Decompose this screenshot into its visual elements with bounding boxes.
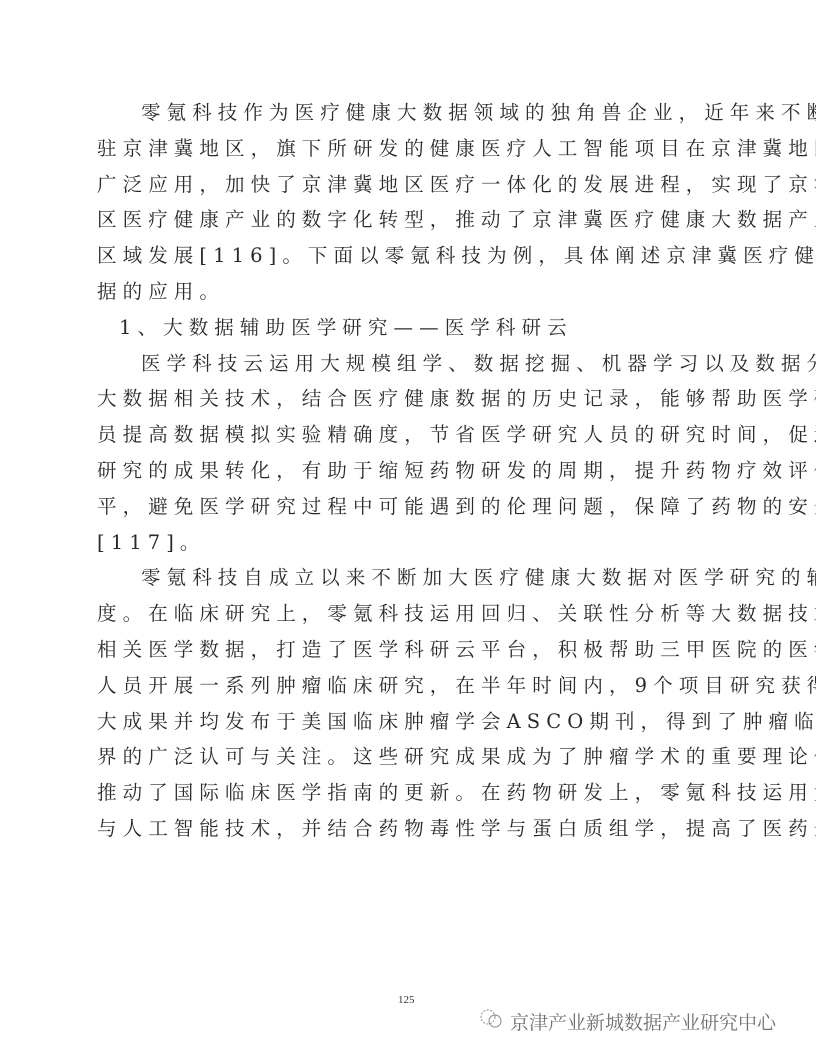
- paragraph-line: [117]。: [97, 525, 722, 561]
- paragraph-line: 研究的成果转化，有助于缩短药物研发的周期，提升药物疗效评价水: [97, 453, 722, 489]
- paragraph-line: 相关医学数据，打造了医学科研云平台，积极帮助三甲医院的医学研究: [97, 632, 722, 668]
- paragraph-line: 零氪科技作为医疗健康大数据领域的独角兽企业，近年来不断的入: [97, 95, 722, 131]
- paragraph-line: 据的应用。: [97, 274, 722, 310]
- page-number: 125: [398, 994, 415, 1006]
- paragraph-line: 驻京津冀地区，旗下所研发的健康医疗人工智能项目在京津冀地区得到: [97, 131, 722, 167]
- paragraph-line: 大数据相关技术，结合医疗健康数据的历史记录，能够帮助医学研究人: [97, 381, 722, 417]
- wechat-icon: [478, 1008, 504, 1035]
- paragraph-line: 区医疗健康产业的数字化转型，推动了京津冀医疗健康大数据产业的跨: [97, 202, 722, 238]
- paragraph-line: 零氪科技自成立以来不断加大医疗健康大数据对医学研究的辅助力: [97, 560, 722, 596]
- paragraph-line: 平，避免医学研究过程中可能遇到的伦理问题，保障了药物的安全性: [97, 489, 722, 525]
- paragraph-line: 广泛应用，加快了京津冀地区医疗一体化的发展进程，实现了京津冀地: [97, 167, 722, 203]
- paragraph-line: 区域发展[116]。下面以零氪科技为例，具体阐述京津冀医疗健康大数: [97, 238, 722, 274]
- paragraph-line: 医学科技云运用大规模组学、数据挖掘、机器学习以及数据分析等: [97, 346, 722, 382]
- paragraph-line: 人员开展一系列肿瘤临床研究，在半年时间内，9个项目研究获得了重: [97, 668, 722, 704]
- paragraph-line: 员提高数据模拟实验精确度，节省医学研究人员的研究时间，促进医学: [97, 417, 722, 453]
- document-body: 零氪科技作为医疗健康大数据领域的独角兽企业，近年来不断的入 驻京津冀地区，旗下所…: [97, 95, 722, 847]
- footer-brand: 京津产业新城数据产业研究中心: [478, 1008, 776, 1035]
- footer-brand-text: 京津产业新城数据产业研究中心: [510, 1008, 776, 1035]
- paragraph-line: 推动了国际临床医学指南的更新。在药物研发上，零氪科技运用大数据: [97, 775, 722, 811]
- paragraph-line: 度。在临床研究上，零氪科技运用回归、关联性分析等大数据技术结合: [97, 596, 722, 632]
- paragraph-line: 大成果并均发布于美国临床肿瘤学会ASCO期刊，得到了肿瘤临床医学: [97, 704, 722, 740]
- paragraph-line: 与人工智能技术，并结合药物毒性学与蛋白质组学，提高了医药企业药: [97, 811, 722, 847]
- paragraph-line: 界的广泛认可与关注。这些研究成果成为了肿瘤学术的重要理论依据，: [97, 739, 722, 775]
- section-heading: 1、大数据辅助医学研究——医学科研云: [97, 310, 722, 346]
